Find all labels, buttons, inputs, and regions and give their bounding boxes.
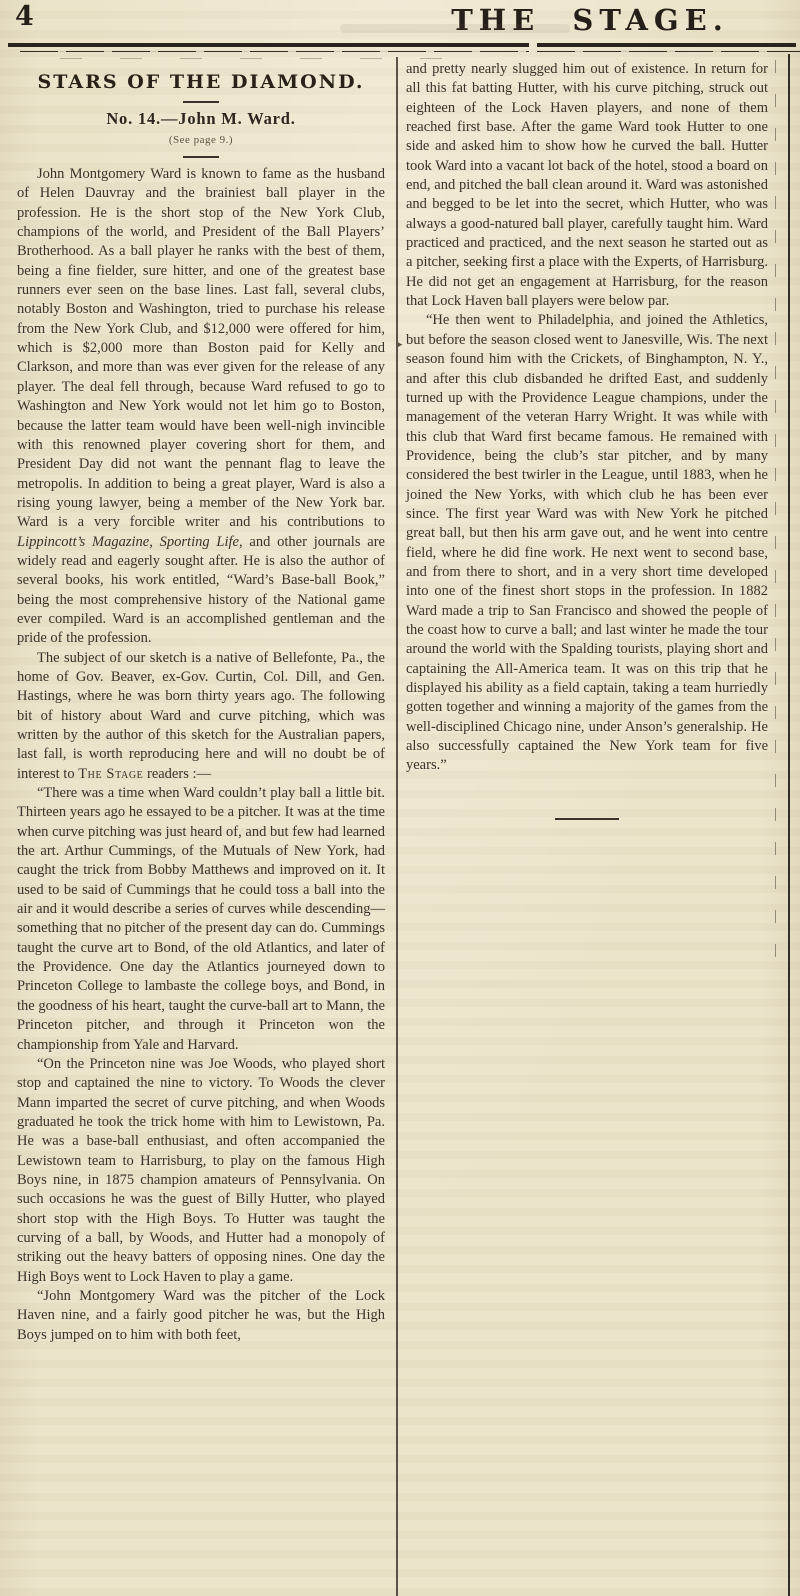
header-rule-ghost (60, 58, 480, 59)
right-column: and pretty nearly slugged him out of exi… (406, 60, 768, 820)
paragraph: The subject of our sketch is a native of… (17, 649, 385, 784)
margin-mark: ▸ (398, 340, 403, 349)
print-smudge (340, 24, 570, 33)
paragraph: John Montgomery Ward is known to fame as… (17, 165, 385, 649)
paragraph-text: John Montgomery Ward is known to fame as… (17, 166, 385, 530)
page-edge-rule (788, 54, 790, 1596)
left-column: STARS OF THE DIAMOND. No. 14.—John M. Wa… (17, 62, 385, 1345)
header-rule-thin-left (20, 51, 529, 52)
column-divider-rule (396, 57, 398, 1596)
paragraph: “There was a time when Ward couldn’t pla… (17, 784, 385, 1055)
newspaper-page: 4 THE STAGE. ▸ STARS OF THE DIAMOND. No.… (0, 0, 800, 1596)
paragraph: and pretty nearly slugged him out of exi… (406, 60, 768, 311)
article-subtitle: No. 14.—John M. Ward. (17, 109, 385, 128)
title-rule (183, 101, 219, 103)
article-end-rule (555, 818, 619, 820)
paragraph: “He then went to Philadelphia, and joine… (406, 311, 768, 775)
smallcaps-publication-name: The Stage (78, 766, 143, 782)
paragraph-text: and other journals are widely read and e… (17, 534, 385, 647)
subtitle-rule (183, 156, 219, 158)
paragraph-text: readers :— (143, 766, 211, 782)
header-rule-thick-left (8, 43, 529, 47)
header-rule-thick-right (537, 43, 796, 47)
page-number: 4 (15, 1, 34, 32)
page-edge-broken-rule (775, 60, 776, 960)
paragraph: “On the Princeton nine was Joe Woods, wh… (17, 1055, 385, 1287)
paragraph-text: The subject of our sketch is a native of… (17, 650, 385, 782)
paragraph: “John Montgomery Ward was the pitcher of… (17, 1287, 385, 1345)
header-rule-thin-right (537, 51, 800, 52)
article-title: STARS OF THE DIAMOND. (17, 73, 385, 92)
italic-journal-names: Lippincott’s Magazine, Sporting Life, (17, 534, 243, 550)
see-page-note: (See page 9.) (17, 131, 385, 150)
